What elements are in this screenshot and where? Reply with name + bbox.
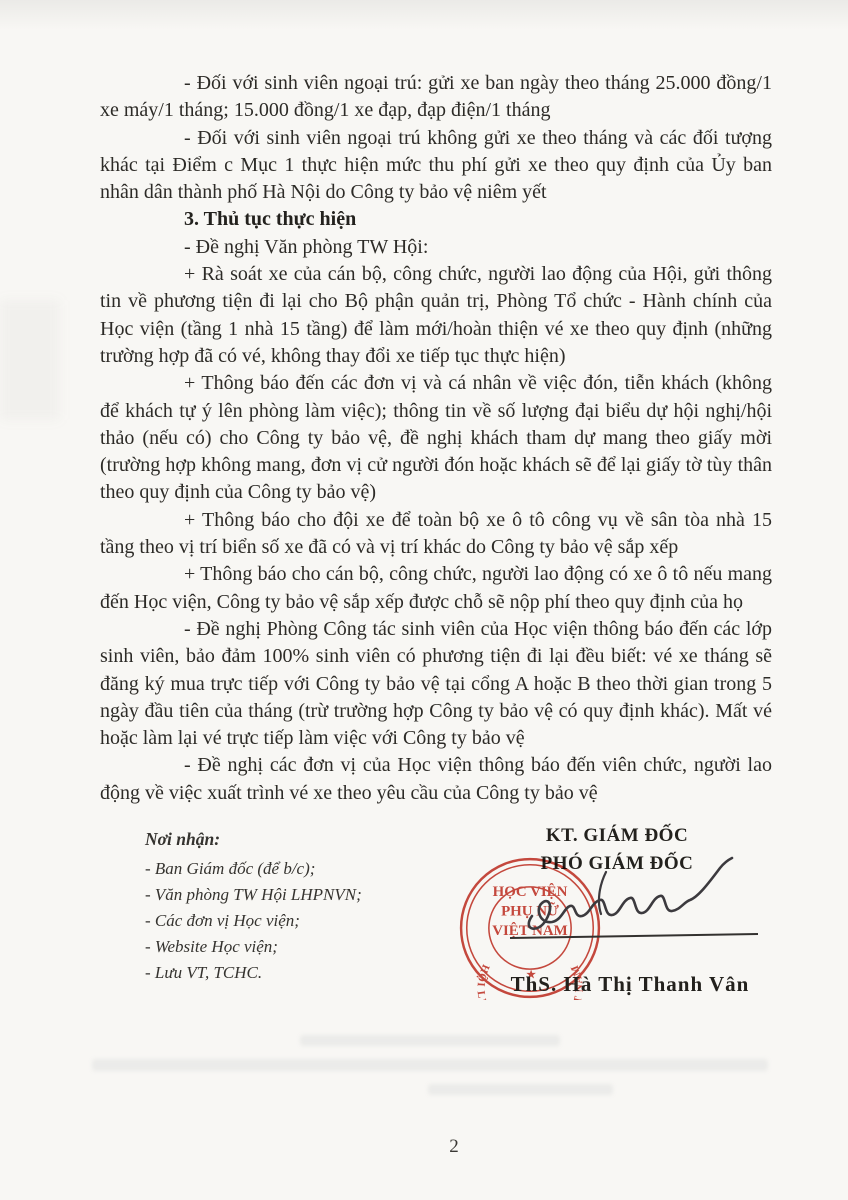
recipients-label: Nơi nhận: — [145, 826, 445, 852]
recipient-item: - Website Học viện; — [145, 934, 445, 960]
bleed-through-ghost — [0, 300, 60, 420]
paragraph: + Rà soát xe của cán bộ, công chức, ngườ… — [100, 261, 772, 370]
paragraph: - Đề nghị Phòng Công tác sinh viên của H… — [100, 616, 772, 752]
paragraph: + Thông báo đến các đơn vị và cá nhân về… — [100, 370, 772, 506]
page-number: 2 — [424, 1136, 484, 1158]
bleed-through-ghost — [300, 1035, 560, 1046]
bleed-through-ghost — [92, 1059, 768, 1071]
paragraph: + Thông báo cho đội xe để toàn bộ xe ô t… — [100, 507, 772, 562]
signer-position-line1: KT. GIÁM ĐỐC — [467, 822, 767, 850]
signature-underline — [510, 934, 758, 938]
paragraph: - Đề nghị các đơn vị của Học viện thông … — [100, 752, 772, 807]
paragraph: - Đối với sinh viên ngoại trú không gửi … — [100, 125, 772, 207]
signature-stroke — [529, 858, 732, 929]
paragraph: - Đề nghị Văn phòng TW Hội: — [100, 234, 772, 261]
recipient-item: - Văn phòng TW Hội LHPNVN; — [145, 882, 445, 908]
section-heading: 3. Thủ tục thực hiện — [100, 206, 772, 233]
paragraph: - Đối với sinh viên ngoại trú: gửi xe ba… — [100, 70, 772, 125]
recipient-item: - Các đơn vị Học viện; — [145, 908, 445, 934]
scan-edge-shadow — [0, 0, 848, 30]
recipients-block: Nơi nhận: - Ban Giám đốc (để b/c); - Văn… — [145, 826, 445, 986]
paragraph: + Thông báo cho cán bộ, công chức, người… — [100, 561, 772, 616]
handwritten-signature — [502, 856, 766, 948]
recipient-item: - Lưu VT, TCHC. — [145, 960, 445, 986]
recipient-item: - Ban Giám đốc (để b/c); — [145, 856, 445, 882]
scanned-document-page: { "document": { "paragraphs": [ {"text":… — [0, 0, 848, 1200]
document-body: - Đối với sinh viên ngoại trú: gửi xe ba… — [100, 70, 772, 807]
signer-name: ThS. Hà Thị Thanh Vân — [470, 972, 790, 997]
bleed-through-ghost — [428, 1084, 613, 1095]
